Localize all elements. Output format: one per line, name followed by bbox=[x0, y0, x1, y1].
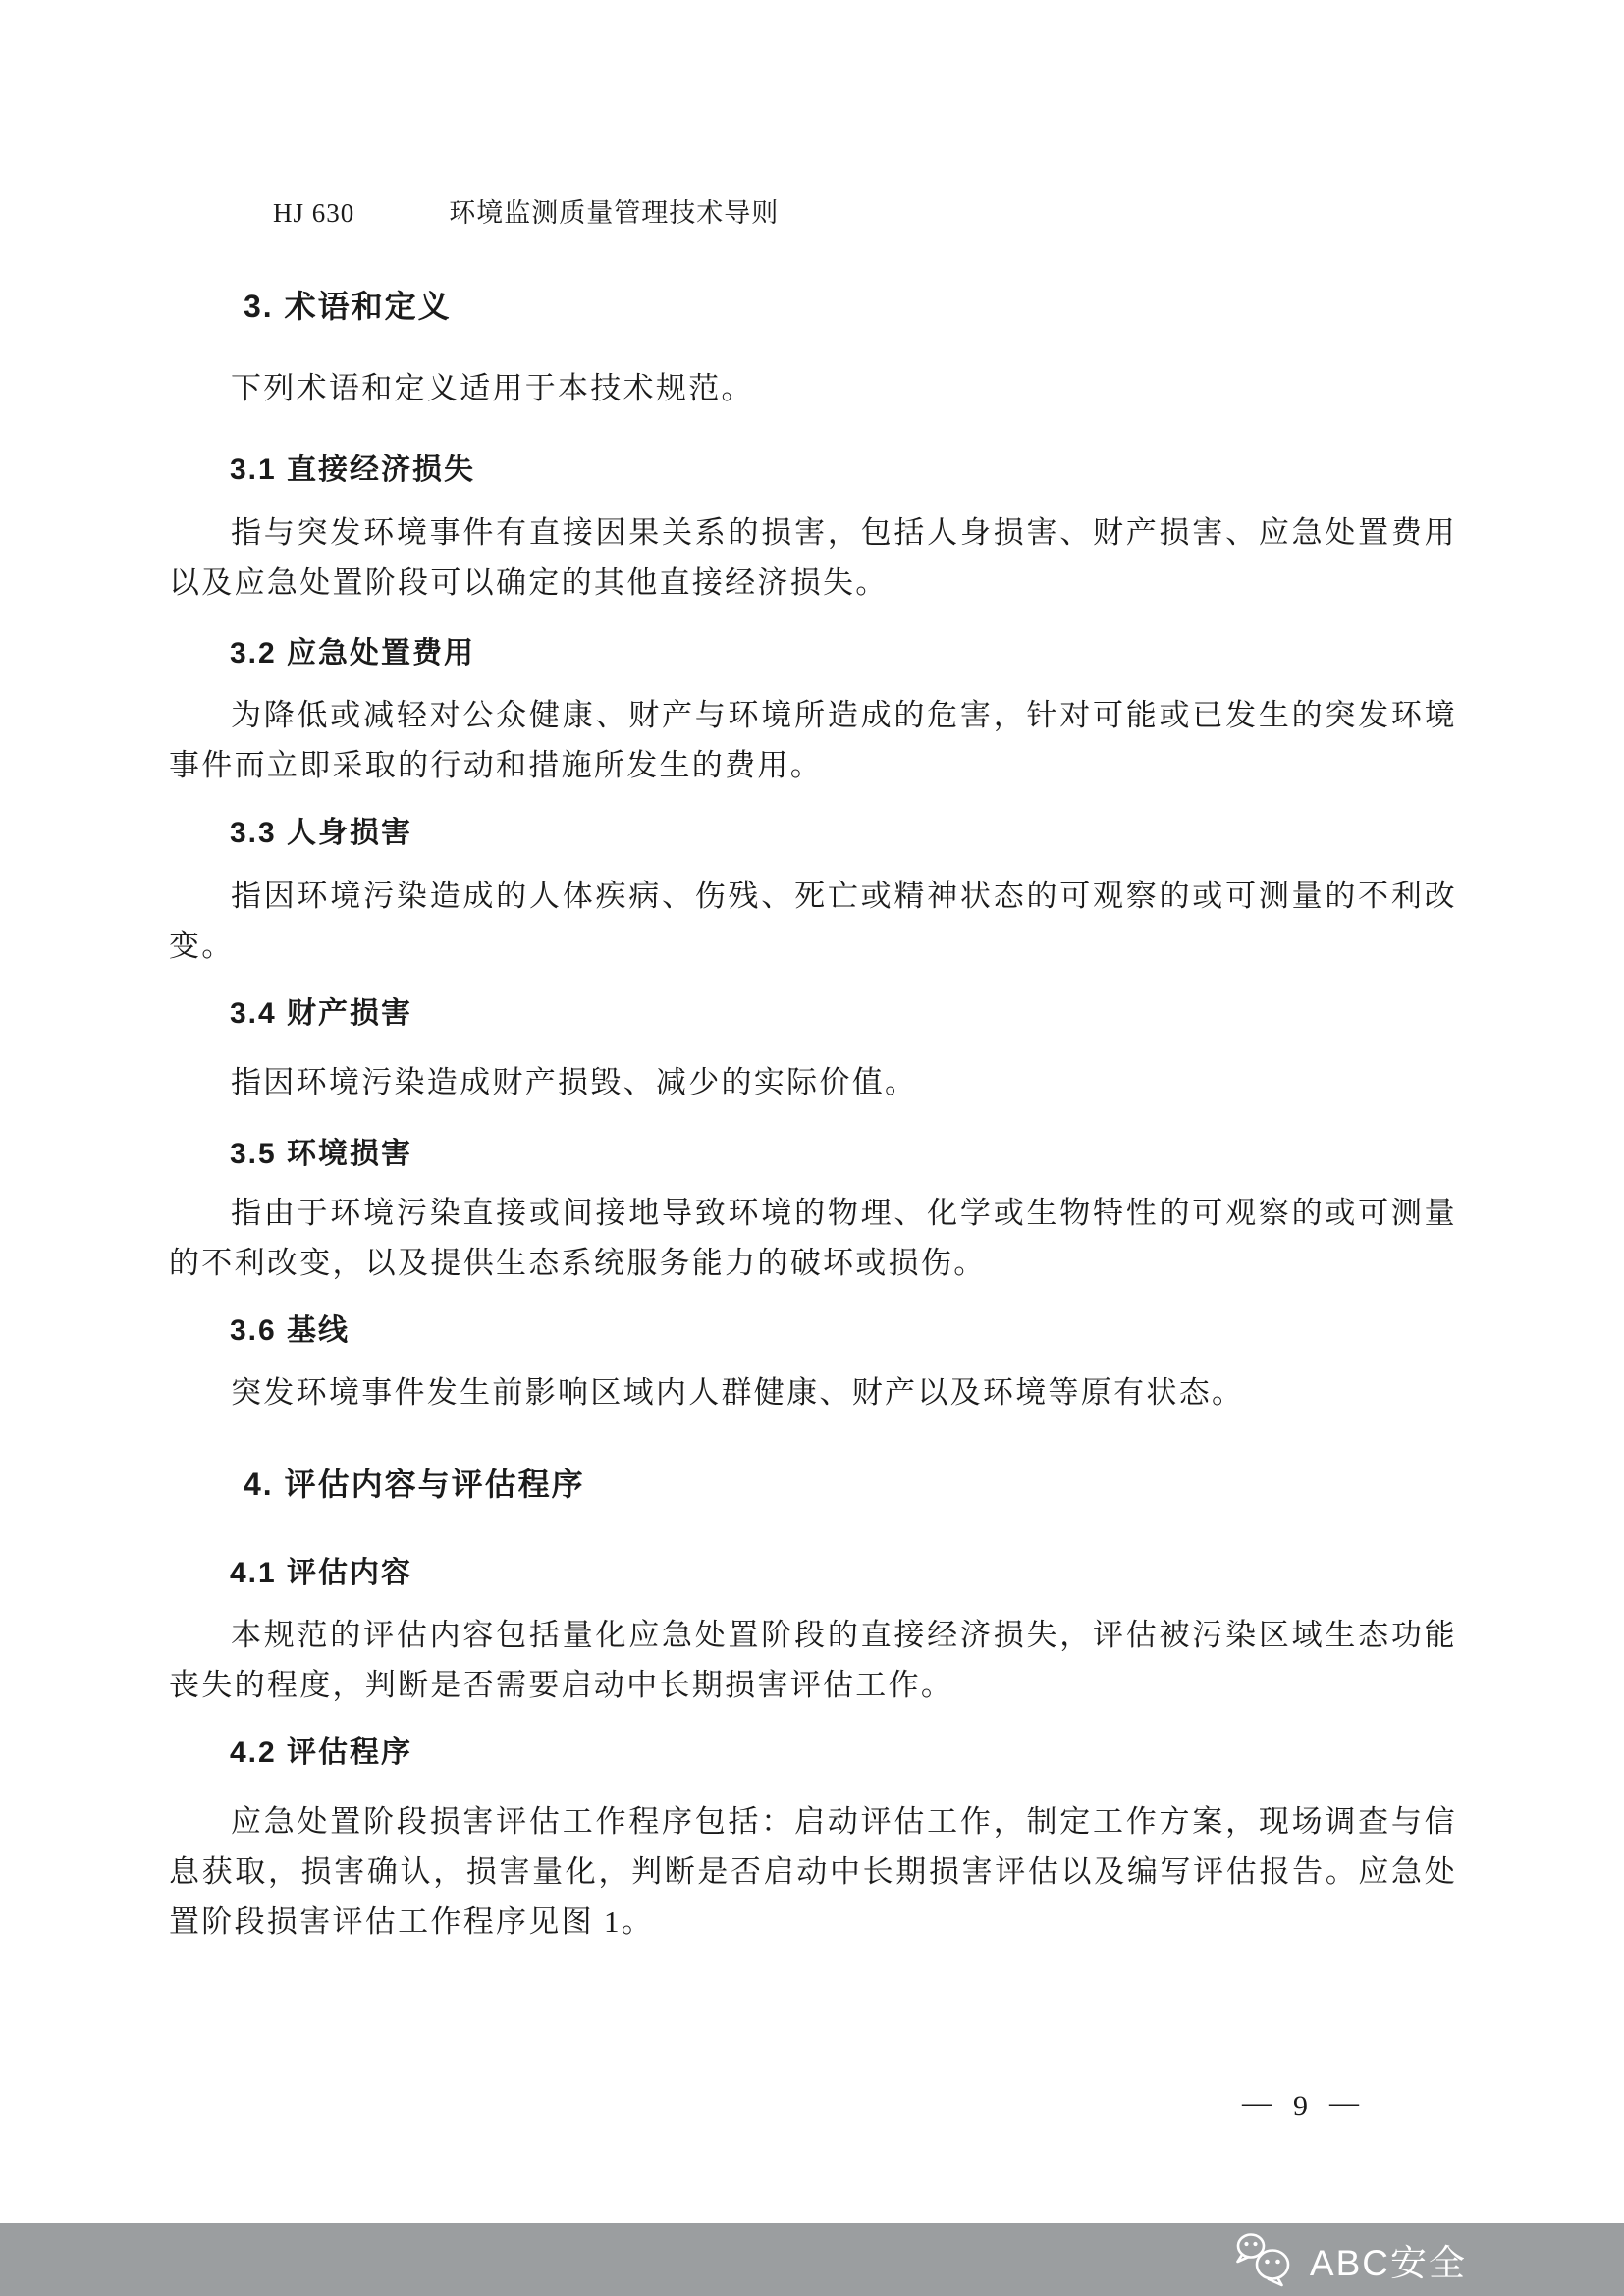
page-number-left-dash: — bbox=[1242, 2086, 1272, 2118]
term-3-2-heading: 3.2 应急处置费用 bbox=[169, 628, 1457, 678]
section-4-2-body: 应急处置阶段损害评估工作程序包括：启动评估工作，制定工作方案，现场调查与信息获取… bbox=[169, 1796, 1457, 1947]
watermark-bar: ABC安全 bbox=[0, 2223, 1624, 2296]
chapter3-intro: 下列术语和定义适用于本技术规范。 bbox=[169, 363, 1457, 413]
watermark-logo: ABC安全 bbox=[1233, 2232, 1467, 2287]
section-4-1-heading: 4.1 评估内容 bbox=[169, 1548, 1457, 1598]
watermark-brand: ABC安全 bbox=[1310, 2233, 1467, 2286]
term-3-5-heading: 3.5 环境损害 bbox=[169, 1129, 1457, 1179]
term-3-3-body: 指因环境污染造成的人体疾病、伤残、死亡或精神状态的可观察的或可测量的不利改变。 bbox=[169, 871, 1457, 971]
running-header: HJ 630环境监测质量管理技术导则 bbox=[169, 193, 1457, 233]
term-3-2-body: 为降低或减轻对公众健康、财产与环境所造成的危害，针对可能或已发生的突发环境事件而… bbox=[169, 690, 1457, 790]
term-3-5-body: 指由于环境污染直接或间接地导致环境的物理、化学或生物特性的可观察的或可测量的不利… bbox=[169, 1188, 1457, 1288]
section-4-1-body: 本规范的评估内容包括量化应急处置阶段的直接经济损失，评估被污染区域生态功能丧失的… bbox=[169, 1610, 1457, 1710]
term-3-4-heading: 3.4 财产损害 bbox=[169, 988, 1457, 1039]
doc-code: HJ 630 bbox=[273, 198, 354, 228]
term-3-6-body: 突发环境事件发生前影响区域内人群健康、财产以及环境等原有状态。 bbox=[169, 1367, 1457, 1417]
doc-title: 环境监测质量管理技术导则 bbox=[449, 198, 779, 228]
chapter3-heading: 3. 术语和定义 bbox=[169, 282, 1457, 332]
page-number: —9— bbox=[1220, 2089, 1380, 2124]
term-3-1-body: 指与突发环境事件有直接因果关系的损害，包括人身损害、财产损害、应急处置费用以及应… bbox=[169, 507, 1457, 608]
document-page: HJ 630环境监测质量管理技术导则 3. 术语和定义 下列术语和定义适用于本技… bbox=[0, 0, 1624, 2296]
term-3-4-body: 指因环境污染造成财产损毁、减少的实际价值。 bbox=[169, 1057, 1457, 1107]
term-3-1-heading: 3.1 直接经济损失 bbox=[169, 445, 1457, 495]
page-number-right-dash: — bbox=[1329, 2086, 1359, 2118]
chapter4-heading: 4. 评估内容与评估程序 bbox=[169, 1460, 1457, 1510]
page-number-value: 9 bbox=[1293, 2090, 1308, 2122]
wechat-bubbles-icon bbox=[1233, 2232, 1296, 2287]
term-3-6-heading: 3.6 基线 bbox=[169, 1306, 1457, 1356]
page-content: HJ 630环境监测质量管理技术导则 3. 术语和定义 下列术语和定义适用于本技… bbox=[169, 0, 1457, 1947]
term-3-3-heading: 3.3 人身损害 bbox=[169, 808, 1457, 858]
section-4-2-heading: 4.2 评估程序 bbox=[169, 1728, 1457, 1778]
